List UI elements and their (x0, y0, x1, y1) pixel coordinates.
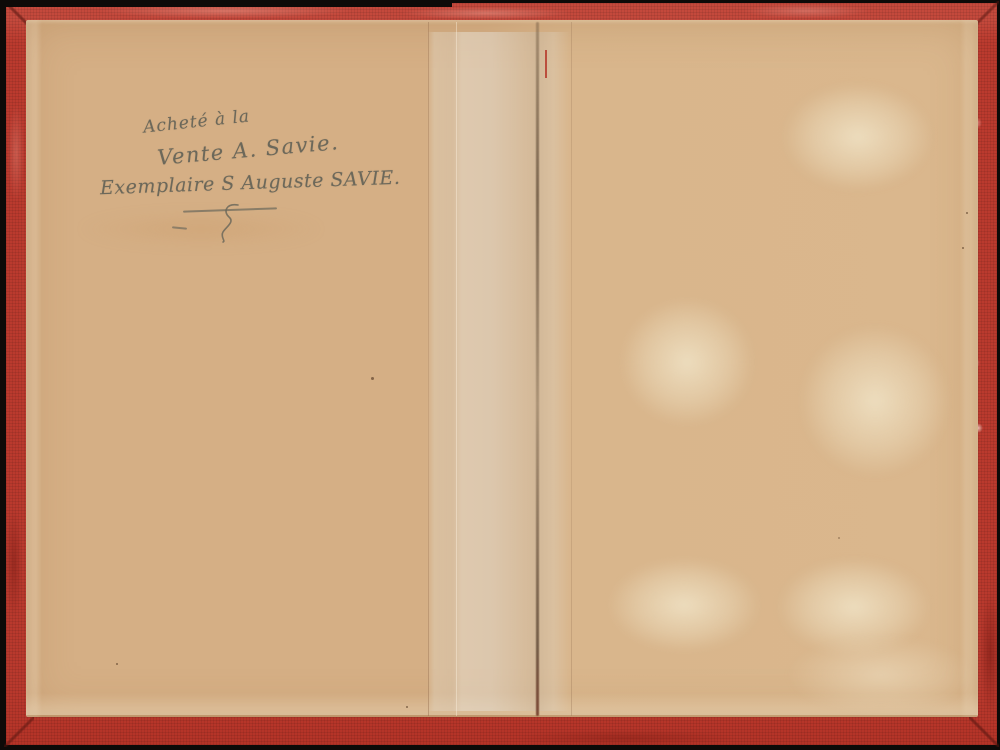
inscription-flourish (214, 202, 246, 244)
book-photo: Acheté à la Vente A. Savie. Exemplaire S… (0, 0, 1000, 750)
glue-stain (800, 325, 950, 477)
hinge-crease-left (428, 22, 429, 716)
foxing-speck (966, 212, 968, 214)
cover-corner-miter-bottom-right (969, 717, 999, 747)
glue-stain (788, 636, 974, 714)
spine-repair-tape (427, 32, 571, 711)
red-thread-mark (545, 50, 547, 78)
tape-edge-highlight (456, 22, 457, 716)
glue-stain (608, 558, 760, 652)
spine-gutter-shadow (536, 22, 539, 716)
foxing-speck (838, 537, 840, 539)
foxing-speck (962, 247, 964, 249)
background-top-edge (0, 0, 452, 7)
toning-smudge (36, 205, 366, 253)
glue-stain (620, 298, 754, 426)
foxing-speck (371, 377, 374, 380)
glue-stain (783, 83, 933, 191)
cover-corner-miter-bottom-left (4, 717, 34, 747)
hinge-crease-right (571, 22, 572, 716)
foxing-speck (406, 706, 408, 708)
foxing-speck (116, 663, 118, 665)
